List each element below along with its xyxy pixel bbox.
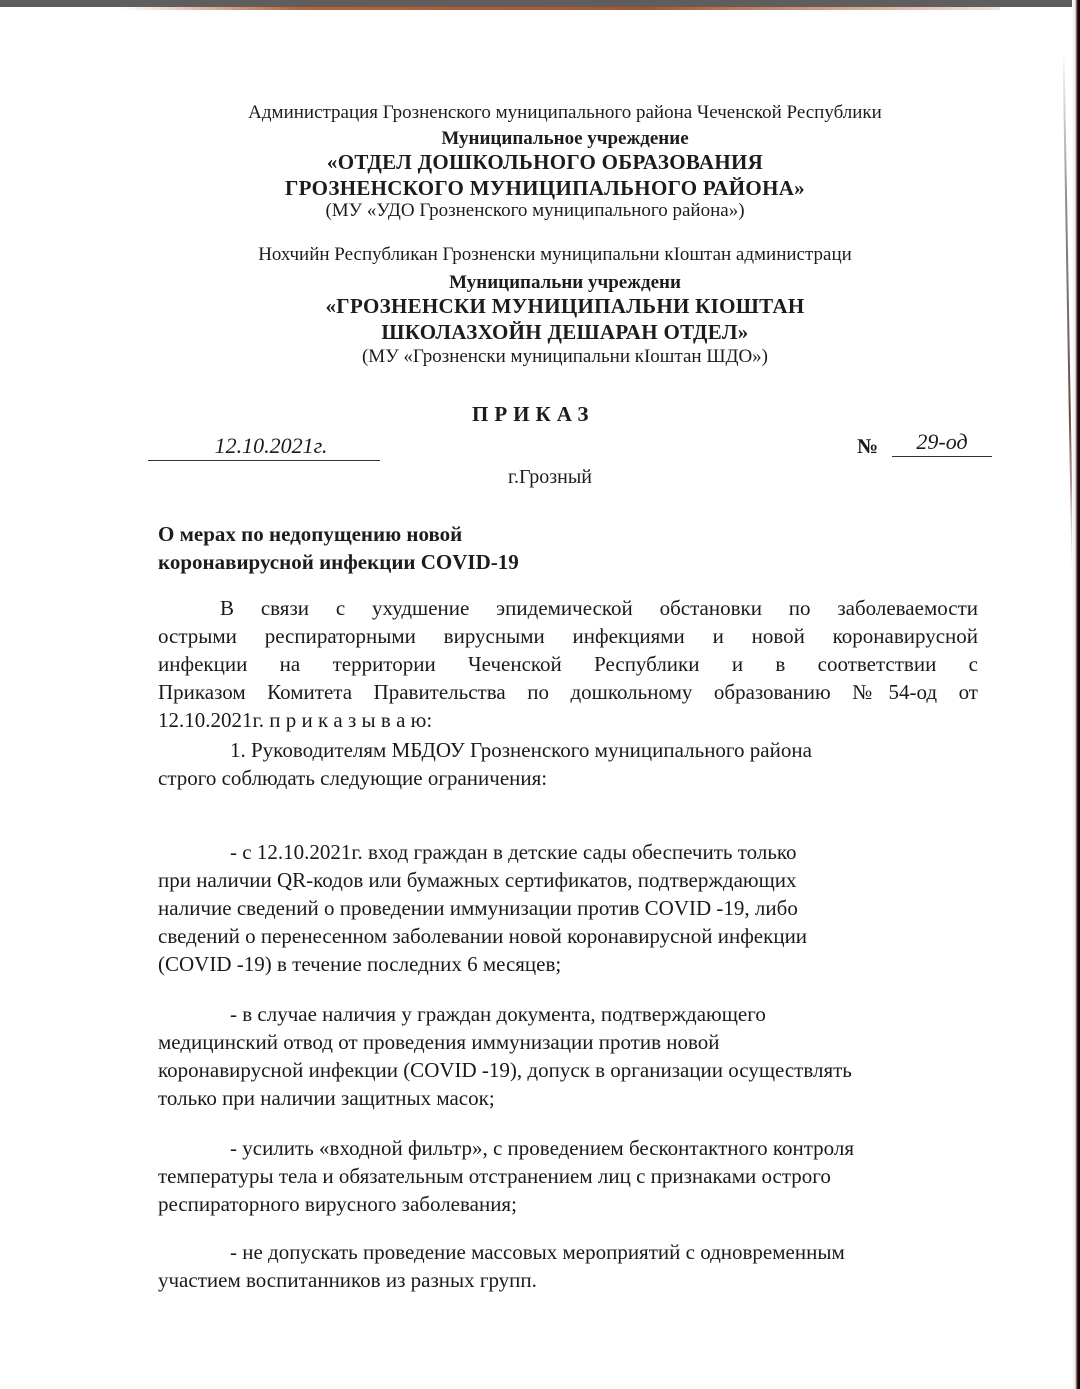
- order-subject: О мерах по недопущению новой коронавирус…: [158, 520, 519, 576]
- preamble-line: Приказом Комитета Правительства по дошко…: [158, 678, 978, 706]
- header-ru-org-name-2: ГРОЗНЕНСКОГО МУНИЦИПАЛЬНОГО РАЙОНА»: [0, 176, 1080, 201]
- restriction-line: сведений о перенесенном заболевании ново…: [158, 922, 938, 950]
- order-number-label: №: [857, 432, 878, 460]
- header-ru-abbrev: (МУ «УДО Грозненского муниципального рай…: [0, 200, 1080, 222]
- restriction-line: коронавирусной инфекции (COVID -19), доп…: [158, 1056, 988, 1084]
- restriction-line: только при наличии защитных масок;: [158, 1084, 988, 1112]
- restriction-line: участием воспитанников из разных групп.: [158, 1266, 958, 1294]
- item-1-paragraph: 1. Руководителям МБДОУ Грозненского муни…: [158, 736, 938, 792]
- order-subject-line-1: О мерах по недопущению новой: [158, 520, 519, 548]
- order-number: 29-од: [892, 428, 992, 457]
- restriction-line: респираторного вирусного заболевания;: [158, 1190, 988, 1218]
- header-ce-institution-type: Муниципальни учреждени: [0, 272, 1080, 294]
- preamble-line: острыми респираторными вирусными инфекци…: [158, 622, 978, 650]
- header-ce-org-name-2: ШКОЛАЗХОЙН ДЕШАРАН ОТДЕЛ»: [0, 320, 1080, 345]
- restriction-line: - в случае наличия у граждан документа, …: [158, 1000, 988, 1028]
- restriction-line: медицинский отвод от проведения иммуниза…: [158, 1028, 988, 1056]
- order-city: г.Грозный: [508, 466, 592, 489]
- restriction-medical-exemption: - в случае наличия у граждан документа, …: [158, 1000, 988, 1112]
- preamble-line: инфекции на территории Чеченской Республ…: [158, 650, 978, 678]
- header-ce-administration: Нохчийн Республикан Грозненски муниципал…: [0, 244, 1080, 266]
- item-1-line: 1. Руководителям МБДОУ Грозненского муни…: [158, 736, 938, 764]
- restriction-line: температуры тела и обязательным отстране…: [158, 1162, 988, 1190]
- restriction-entry-filter: - усилить «входной фильтр», с проведение…: [158, 1134, 988, 1218]
- restriction-line: - усилить «входной фильтр», с проведение…: [158, 1134, 988, 1162]
- restriction-line: - не допускать проведение массовых мероп…: [158, 1238, 958, 1266]
- restriction-qr-codes: - с 12.10.2021г. вход граждан в детские …: [158, 838, 938, 978]
- order-subject-line-2: коронавирусной инфекции COVID-19: [158, 548, 519, 576]
- scan-top-border: [0, 0, 1080, 7]
- restriction-line: - с 12.10.2021г. вход граждан в детские …: [158, 838, 938, 866]
- preamble-paragraph: В связи с ухудшение эпидемической обстан…: [158, 594, 978, 734]
- preamble-line: В связи с ухудшение эпидемической обстан…: [158, 594, 978, 622]
- order-date: 12.10.2021г.: [148, 432, 380, 461]
- document-page: Администрация Грозненского муниципальног…: [0, 10, 1080, 1389]
- restriction-mass-events: - не допускать проведение массовых мероп…: [158, 1238, 958, 1294]
- restriction-line: при наличии QR-кодов или бумажных сертиф…: [158, 866, 938, 894]
- order-heading: ПРИКАЗ: [472, 402, 594, 427]
- header-ru-administration: Администрация Грозненского муниципальног…: [0, 102, 1080, 124]
- item-1-line: строго соблюдать следующие ограничения:: [158, 764, 938, 792]
- restriction-line: (COVID -19) в течение последних 6 месяце…: [158, 950, 938, 978]
- restriction-line: наличие сведений о проведении иммунизаци…: [158, 894, 938, 922]
- header-ce-org-name-1: «ГРОЗНЕНСКИ МУНИЦИПАЛЬНИ КIОШТАН: [0, 294, 1080, 319]
- header-ce-abbrev: (МУ «Грозненски муниципальни кIоштан ШДО…: [0, 346, 1080, 368]
- header-ru-institution-type: Муниципальное учреждение: [0, 128, 1080, 150]
- preamble-line: 12.10.2021г. п р и к а з ы в а ю:: [158, 706, 978, 734]
- header-ru-org-name-1: «ОТДЕЛ ДОШКОЛЬНОГО ОБРАЗОВАНИЯ: [0, 150, 1080, 175]
